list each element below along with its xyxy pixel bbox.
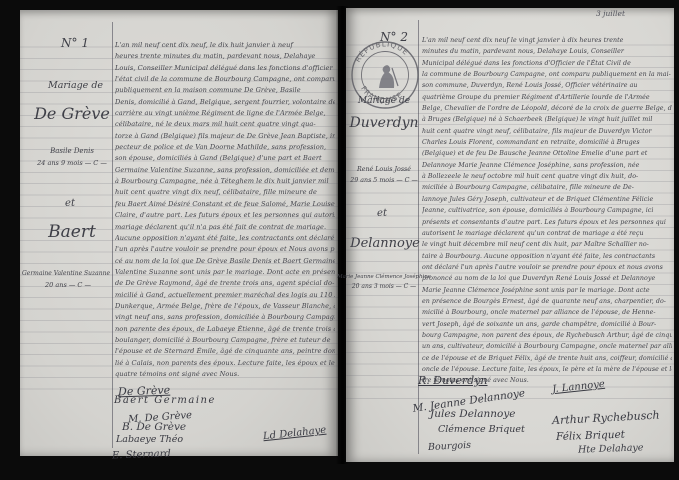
manuscript-line: Louis, Conseiller Municipal délégué dans… — [115, 63, 335, 74]
groom-firstnames: Basile Denis — [28, 147, 116, 155]
top-right-date-annotation: 3 juillet — [596, 9, 625, 18]
manuscript-line: huit cent quatre vingt neuf, célibataire… — [422, 126, 672, 137]
manuscript-line: torze à Gand (Belgique) fils majeur de D… — [115, 131, 335, 142]
register-page-left: N° 1 Mariage de De Grève Basile Denis 24… — [20, 10, 338, 456]
manuscript-line: à Bourbourg Campagne, née à Téteghem le … — [115, 176, 335, 187]
manuscript-line: publiquement en la maison commune De Grè… — [115, 85, 335, 96]
manuscript-line: feu Baert Aimé Désiré Constant et de feu… — [115, 199, 335, 210]
manuscript-line: miciliée à Bourbourg Campagne, célibatai… — [422, 182, 672, 193]
signature: Félix Briquet — [556, 427, 672, 443]
bride-firstnames: Marie Jeanne Clémence Joséphine — [336, 274, 432, 280]
manuscript-line: bourg Campagne, non parent des époux, de… — [422, 330, 672, 341]
signature: Hte Delahaye — [578, 441, 672, 455]
manuscript-line: huit cent quatre vingt dix neuf, célibat… — [115, 187, 335, 198]
manuscript-line: Aucune opposition n'ayant été faite, les… — [115, 233, 335, 244]
act-body: L'an mil neuf cent dix neuf, le dix huit… — [115, 40, 335, 380]
register-page-right: RÉPUBLIQUE FRANÇAISE N° 2 Mariage de Duv… — [346, 8, 674, 462]
margin-title: Mariage de — [28, 80, 123, 91]
margin-title: Mariage de — [342, 96, 426, 106]
manuscript-line: minutes du matin, pardevant nous, Delaha… — [422, 46, 672, 57]
manuscript-line: boulanger, domicilié à Bourbourg Campagn… — [115, 335, 335, 346]
bride-firstnames: Germaine Valentine Suzanne — [13, 270, 119, 277]
bride-age: 20 ans 3 mois — C — — [342, 283, 426, 290]
manuscript-line: autorisent le mariage déclarent qu'un co… — [422, 228, 672, 239]
manuscript-line: l'état civil de la commune de Bourbourg … — [115, 74, 335, 85]
manuscript-line: Marie Jeanne Clémence Joséphine sont uni… — [422, 285, 672, 296]
signature: Arthur Rychebusch — [552, 408, 673, 427]
manuscript-line: de De Grève Raymond, âgé de trente trois… — [115, 278, 335, 289]
manuscript-line: lannoye Jules Géry Joseph, cultivateur e… — [422, 194, 672, 205]
groom-age: 29 ans 5 mois — C — — [344, 177, 424, 184]
manuscript-line: heures trente minutes du matin, pardevan… — [115, 51, 335, 62]
manuscript-line: carrière au vingt unième Régiment de lig… — [115, 108, 335, 119]
bride-age: 20 ans — C — — [20, 281, 116, 289]
manuscript-line: en présence de Bourgès Ernest, âgé de qu… — [422, 296, 672, 307]
manuscript-line: Belge, Chevalier de l'ordre de Léopold, … — [422, 103, 672, 114]
manuscript-line: Jeanne, cultivatrice, son épouse, domici… — [422, 205, 672, 216]
manuscript-line: non parente des époux, de Labaeye Étienn… — [115, 324, 335, 335]
manuscript-line: cé au nom de la loi que De Grève Basile … — [115, 256, 335, 267]
manuscript-line: la commune de Bourbourg Campagne, ont co… — [422, 69, 672, 80]
bride-name: Baert — [22, 222, 122, 242]
manuscript-line: micilié à Gand, actuellement premier mar… — [115, 290, 335, 301]
manuscript-line: Delannoye Marie Jeanne Clémence Joséphin… — [422, 160, 672, 171]
manuscript-line: présents et consentants d'autre part. Le… — [422, 217, 672, 228]
manuscript-line: Dunkerque, Armée Belge, frère de l'époux… — [115, 301, 335, 312]
manuscript-line: vingt neuf ans, sans profession, domicil… — [115, 312, 335, 323]
manuscript-line: L'an mil neuf cent dix neuf, le dix huit… — [115, 40, 335, 51]
bride-name: Delannoye — [338, 236, 432, 251]
manuscript-line: le vingt huit décembre mil neuf cent dix… — [422, 239, 672, 250]
register-scan: N° 1 Mariage de De Grève Basile Denis 24… — [0, 0, 679, 480]
manuscript-line: quatrième Groupe du premier Régiment d'A… — [422, 92, 672, 103]
manuscript-line: pecteur de police et de Van Doorne Mathi… — [115, 142, 335, 153]
manuscript-line: l'épouse et de Sternard Émile, âgé de ci… — [115, 346, 335, 357]
manuscript-line: son épouse, domiciliés à Gand (Belgique)… — [115, 153, 335, 164]
manuscript-line: l'un après l'autre vouloir se prendre po… — [115, 244, 335, 255]
conjunction: et — [370, 208, 394, 219]
manuscript-line: micilié à Bourbourg, oncle maternel par … — [422, 307, 672, 318]
manuscript-line: Valentine Suzanne sont unis par le maria… — [115, 267, 335, 278]
signature-block: De GrèveBaert GermaineM. De GrèveB. De G… — [112, 382, 312, 460]
manuscript-line: ce de l'épouse et de Briquet Félix, âgé … — [422, 353, 672, 364]
conjunction: et — [58, 198, 82, 209]
manuscript-line: L'an mil neuf cent dix neuf le vingt jan… — [422, 35, 672, 46]
manuscript-line: taire à Bourbourg. Aucune opposition n'a… — [422, 251, 672, 262]
manuscript-line: mariage déclarent qu'il n'a pas été fait… — [115, 222, 335, 233]
manuscript-line: prononcé au nom de la loi que Duverdyn R… — [422, 273, 672, 284]
manuscript-line: vert Joseph, âgé de soixante un ans, gar… — [422, 319, 672, 330]
manuscript-line: ont déclaré l'un après l'autre vouloir s… — [422, 262, 672, 273]
manuscript-line: son commune, Duverdyn, René Louis Jossé,… — [422, 80, 672, 91]
manuscript-line: Municipal délégué dans les fonctions d'O… — [422, 58, 672, 69]
groom-name: De Grève — [20, 104, 124, 123]
manuscript-line: Denis, domicilié à Gand, Belgique, serge… — [115, 97, 335, 108]
manuscript-line: un ans, cultivateur, domicilié à Bourbou… — [422, 341, 672, 352]
manuscript-line: célibataire, né le deux mars mil huit ce… — [115, 119, 335, 130]
act-number: N° 1 — [42, 36, 108, 50]
signature-block-witnesses: J. LannoyeArthur RychebuschFélix Briquet… — [552, 378, 672, 454]
manuscript-line: lié à Calais, non parents des époux. Lec… — [115, 358, 335, 369]
manuscript-line: (Belgique) et de feu De Bausche Jeanne O… — [422, 148, 672, 159]
act-number: N° 2 — [362, 30, 426, 44]
groom-age: 24 ans 9 mois — C — — [20, 159, 124, 167]
manuscript-line: à Bruges (Belgique) né à Schaerbeek (Bel… — [422, 114, 672, 125]
manuscript-line: à Bollezeele le neuf octobre mil huit ce… — [422, 171, 672, 182]
manuscript-line: Claire, d'autre part. Les futurs époux e… — [115, 210, 335, 221]
manuscript-line: Germaine Valentine Suzanne, sans profess… — [115, 165, 335, 176]
act-body: L'an mil neuf cent dix neuf le vingt jan… — [422, 35, 672, 387]
manuscript-line: Charles Louis Florent, commandant en ret… — [422, 137, 672, 148]
groom-name: Duverdyn — [340, 115, 428, 131]
groom-firstnames: René Louis Jossé — [344, 166, 424, 173]
